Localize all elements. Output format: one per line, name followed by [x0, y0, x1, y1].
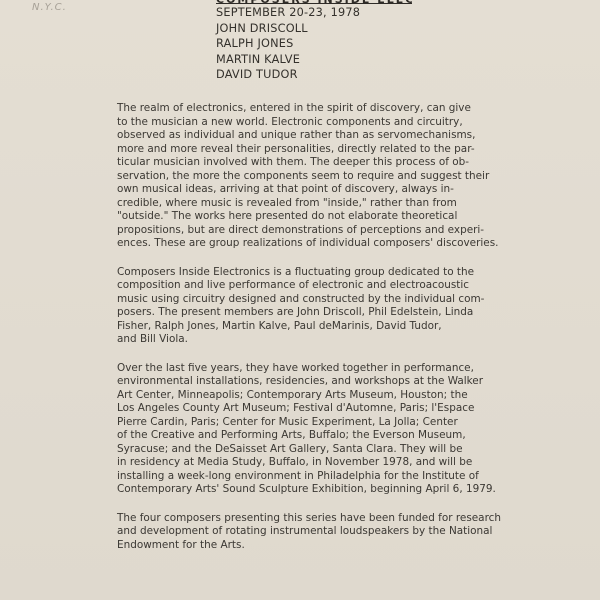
document-page: N.Y.C. COMPOSERS INSIDE ELECTRONICS SEPT…: [0, 0, 600, 600]
text-line: posers. The present members are John Dri…: [117, 306, 517, 320]
text-line: music using circuitry designed and const…: [117, 293, 517, 307]
paragraph: Over the last five years, they have work…: [117, 362, 517, 497]
margin-note: N.Y.C.: [32, 2, 67, 13]
text-line: Art Center, Minneapolis; Contemporary Ar…: [117, 389, 517, 403]
text-line: of the Creative and Performing Arts, Buf…: [117, 429, 517, 443]
text-line: Pierre Cardin, Paris; Center for Music E…: [117, 416, 517, 430]
paragraph: The four composers presenting this serie…: [117, 512, 517, 553]
text-line: The realm of electronics, entered in the…: [117, 102, 517, 116]
text-line: observed as individual and unique rather…: [117, 129, 517, 143]
text-line: Endowment for the Arts.: [117, 539, 517, 553]
composer-name: RALPH JONES: [216, 36, 360, 52]
composer-name: MARTIN KALVE: [216, 52, 360, 68]
text-line: Los Angeles County Art Museum; Festival …: [117, 402, 517, 416]
composer-name: JOHN DRISCOLL: [216, 21, 360, 37]
text-line: Fisher, Ralph Jones, Martin Kalve, Paul …: [117, 320, 517, 334]
text-line: composition and live performance of elec…: [117, 279, 517, 293]
text-line: servation, the more the components seem …: [117, 170, 517, 184]
text-line: propositions, but are direct demonstrati…: [117, 224, 517, 238]
text-line: Syracuse; and the DeSaisset Art Gallery,…: [117, 443, 517, 457]
header-block: SEPTEMBER 20-23, 1978 JOHN DRISCOLL RALP…: [216, 5, 360, 83]
event-dates: SEPTEMBER 20-23, 1978: [216, 5, 360, 21]
text-line: and Bill Viola.: [117, 333, 517, 347]
text-line: credible, where music is revealed from "…: [117, 197, 517, 211]
paragraph: The realm of electronics, entered in the…: [117, 102, 517, 251]
text-line: Composers Inside Electronics is a fluctu…: [117, 266, 517, 280]
text-line: installing a week-long environment in Ph…: [117, 470, 517, 484]
text-line: more and more reveal their personalities…: [117, 143, 517, 157]
text-line: ticular musician involved with them. The…: [117, 156, 517, 170]
text-line: to the musician a new world. Electronic …: [117, 116, 517, 130]
text-line: ences. These are group realizations of i…: [117, 237, 517, 251]
text-line: Contemporary Arts' Sound Sculpture Exhib…: [117, 483, 517, 497]
text-line: The four composers presenting this serie…: [117, 512, 517, 526]
text-line: and development of rotating instrumental…: [117, 525, 517, 539]
body-text: The realm of electronics, entered in the…: [117, 102, 517, 567]
text-line: own musical ideas, arriving at that poin…: [117, 183, 517, 197]
text-line: environmental installations, residencies…: [117, 375, 517, 389]
text-line: Over the last five years, they have work…: [117, 362, 517, 376]
composer-name: DAVID TUDOR: [216, 67, 360, 83]
paragraph: Composers Inside Electronics is a fluctu…: [117, 266, 517, 347]
text-line: in residency at Media Study, Buffalo, in…: [117, 456, 517, 470]
document-title: COMPOSERS INSIDE ELECTRONICS: [216, 0, 412, 4]
text-line: "outside." The works here presented do n…: [117, 210, 517, 224]
